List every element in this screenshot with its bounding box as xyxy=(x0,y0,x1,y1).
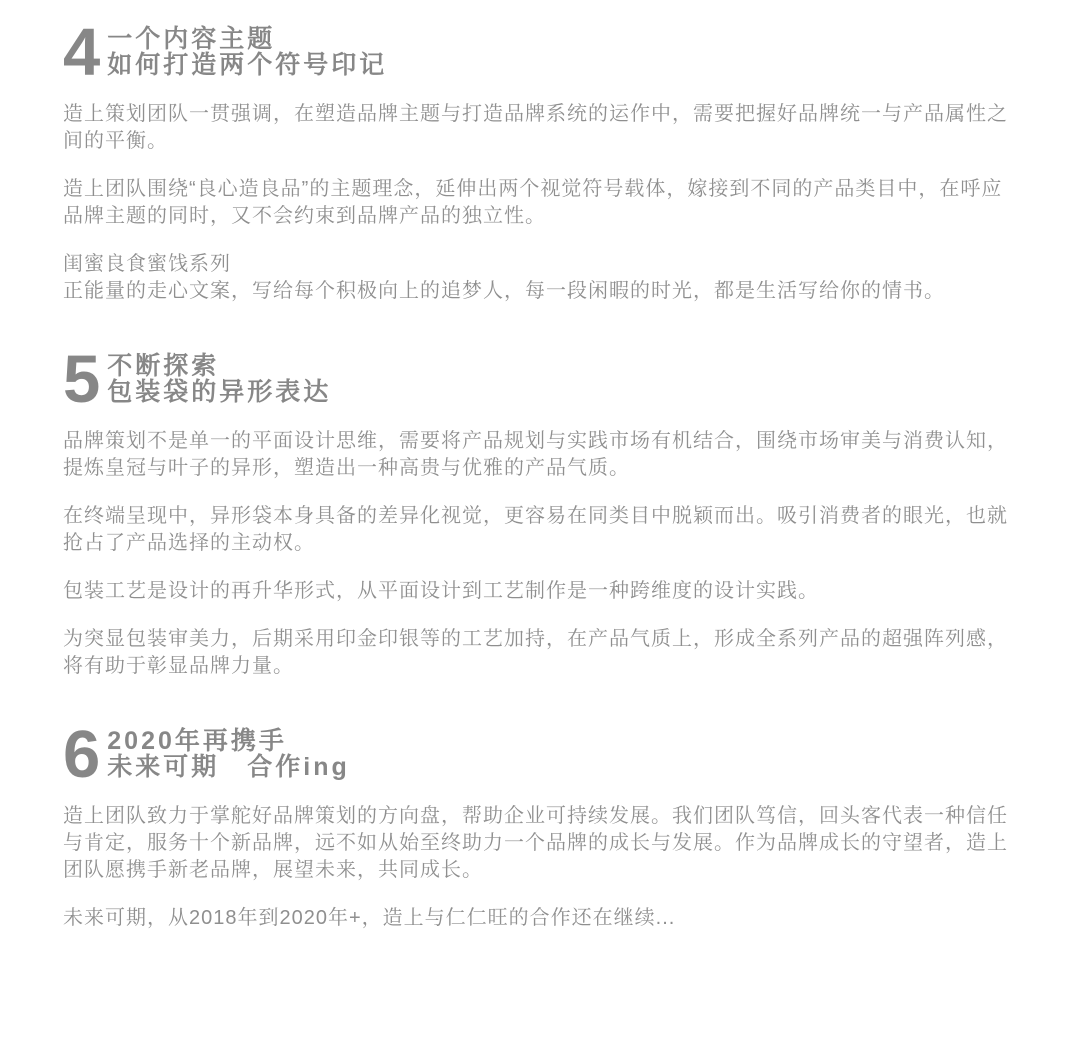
paragraph: 造上团队围绕“良心造良品”的主题理念，延伸出两个视觉符号载体，嫁接到不同的产品类… xyxy=(63,176,1015,230)
section-packaging-shape: 5 不断探索 包装袋的异形表达 品牌策划不是单一的平面设计思维，需要将产品规划与… xyxy=(63,353,1015,680)
section-heading: 2020年再携手 未来可期 合作ing xyxy=(107,728,350,780)
section-heading-line1: 2020年再携手 xyxy=(107,728,350,754)
paragraph: 造上团队致力于掌舵好品牌策划的方向盘，帮助企业可持续发展。我们团队笃信，回头客代… xyxy=(63,803,1015,884)
section-heading: 不断探索 包装袋的异形表达 xyxy=(107,353,331,405)
section-heading: 一个内容主题 如何打造两个符号印记 xyxy=(107,26,387,78)
section-number: 6 xyxy=(63,730,100,780)
section-future-cooperation: 6 2020年再携手 未来可期 合作ing 造上团队致力于掌舵好品牌策划的方向盘… xyxy=(63,728,1015,932)
paragraph: 为突显包装审美力，后期采用印金印银等的工艺加持，在产品气质上，形成全系列产品的超… xyxy=(63,626,1015,680)
section-heading-line2: 未来可期 合作ing xyxy=(107,754,350,780)
article-page: 4 一个内容主题 如何打造两个符号印记 造上策划团队一贯强调，在塑造品牌主题与打… xyxy=(0,0,1080,1045)
paragraph: 包装工艺是设计的再升华形式，从平面设计到工艺制作是一种跨维度的设计实践。 xyxy=(63,578,1015,605)
paragraph: 品牌策划不是单一的平面设计思维，需要将产品规划与实践市场有机结合，围绕市场审美与… xyxy=(63,428,1015,482)
section-header: 4 一个内容主题 如何打造两个符号印记 xyxy=(63,26,1015,78)
section-number: 4 xyxy=(63,28,100,78)
section-heading-line2: 包装袋的异形表达 xyxy=(107,379,331,405)
section-header: 6 2020年再携手 未来可期 合作ing xyxy=(63,728,1015,780)
section-heading-line2: 如何打造两个符号印记 xyxy=(107,52,387,78)
paragraph: 闺蜜良食蜜饯系列 正能量的走心文案，写给每个积极向上的追梦人，每一段闲暇的时光，… xyxy=(63,251,1015,305)
section-header: 5 不断探索 包装袋的异形表达 xyxy=(63,353,1015,405)
section-heading-line1: 不断探索 xyxy=(107,353,331,379)
paragraph: 造上策划团队一贯强调，在塑造品牌主题与打造品牌系统的运作中，需要把握好品牌统一与… xyxy=(63,101,1015,155)
section-heading-line1: 一个内容主题 xyxy=(107,26,387,52)
paragraph: 在终端呈现中，异形袋本身具备的差异化视觉，更容易在同类目中脱颖而出。吸引消费者的… xyxy=(63,503,1015,557)
section-content-theme: 4 一个内容主题 如何打造两个符号印记 造上策划团队一贯强调，在塑造品牌主题与打… xyxy=(63,26,1015,305)
section-number: 5 xyxy=(63,355,100,405)
paragraph: 未来可期，从2018年到2020年+，造上与仁仁旺的合作还在继续... xyxy=(63,905,1015,932)
